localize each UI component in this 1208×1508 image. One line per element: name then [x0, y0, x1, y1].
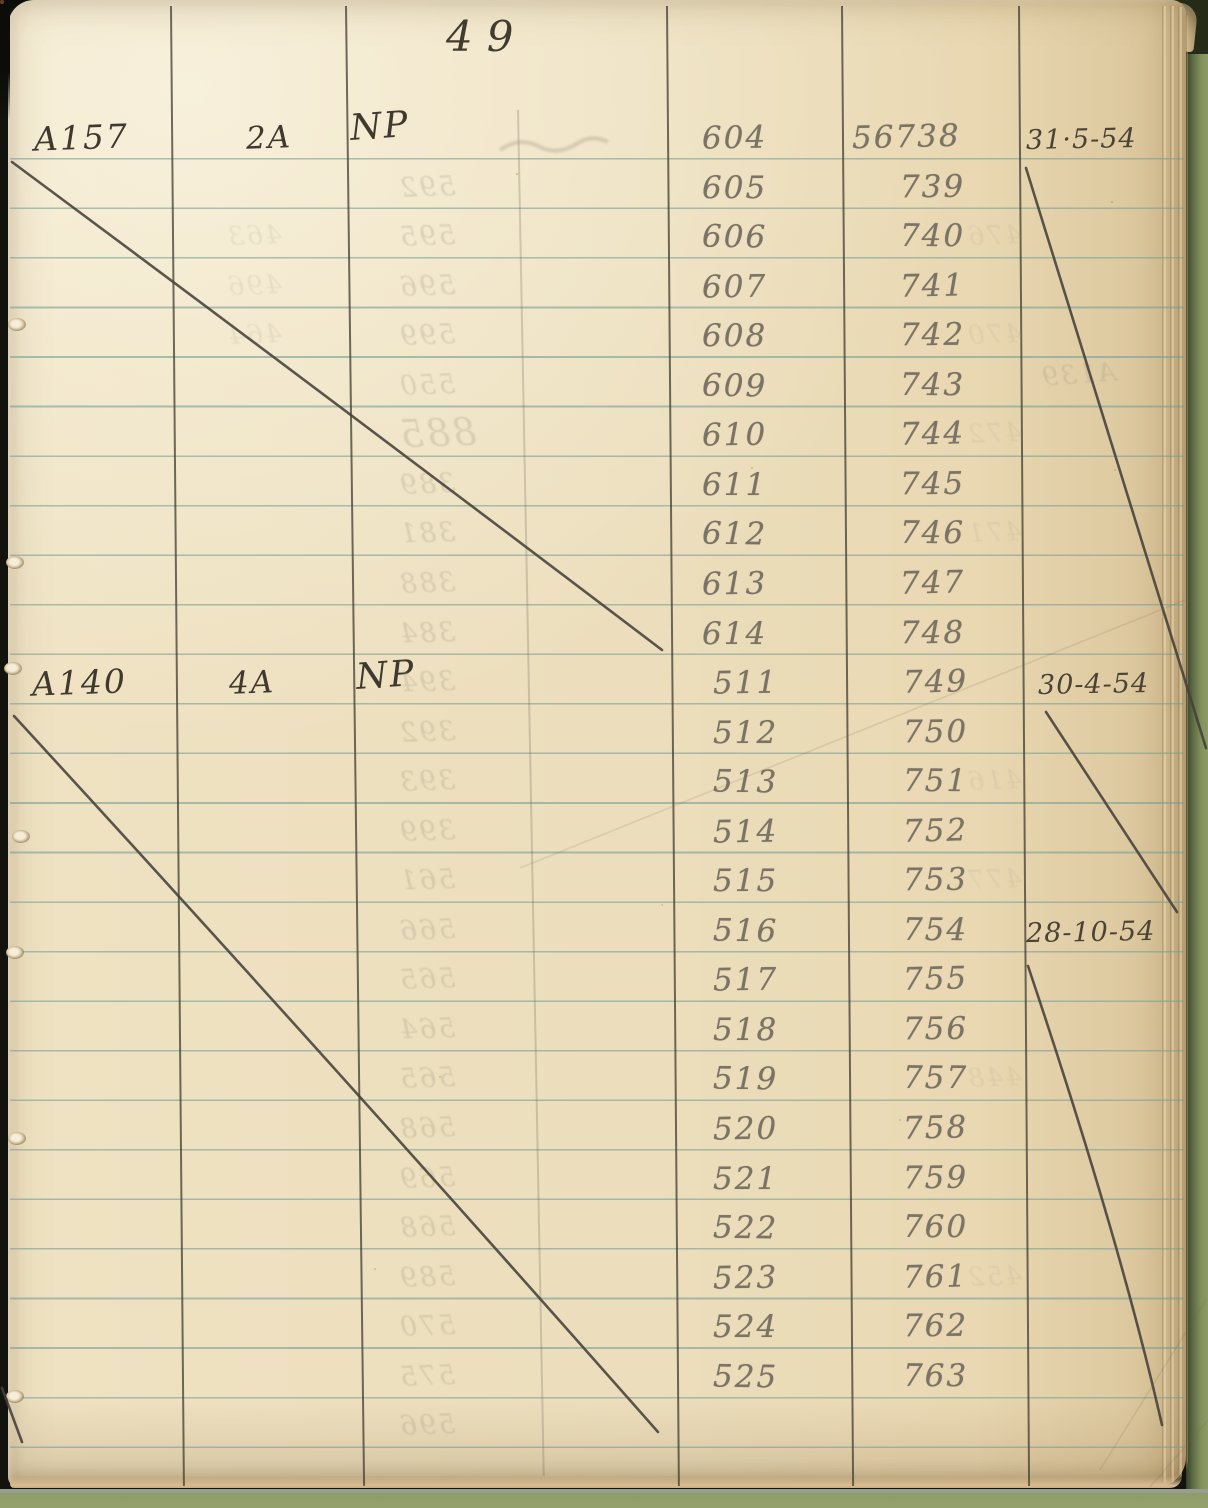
strike-line-entry2-right [1046, 712, 1177, 912]
scanned-ledger-page: 49 A1572ANP31·5-546045673860573960674060… [0, 0, 1208, 1508]
strike-line-entry1-left [12, 162, 662, 650]
paper-crease-corner [1100, 1300, 1206, 1470]
stray-pencil-mark [2, 1388, 22, 1442]
strike-line-entry2-left [14, 716, 658, 1432]
paper-crease [520, 600, 1185, 868]
strike-line-entry1-right [1026, 168, 1206, 748]
paper-crease-corner-2 [1150, 1420, 1208, 1487]
ghost-scribble [500, 138, 608, 150]
strike-line-entry2-right-2 [1028, 966, 1162, 1425]
strike-lines [0, 0, 1208, 1508]
